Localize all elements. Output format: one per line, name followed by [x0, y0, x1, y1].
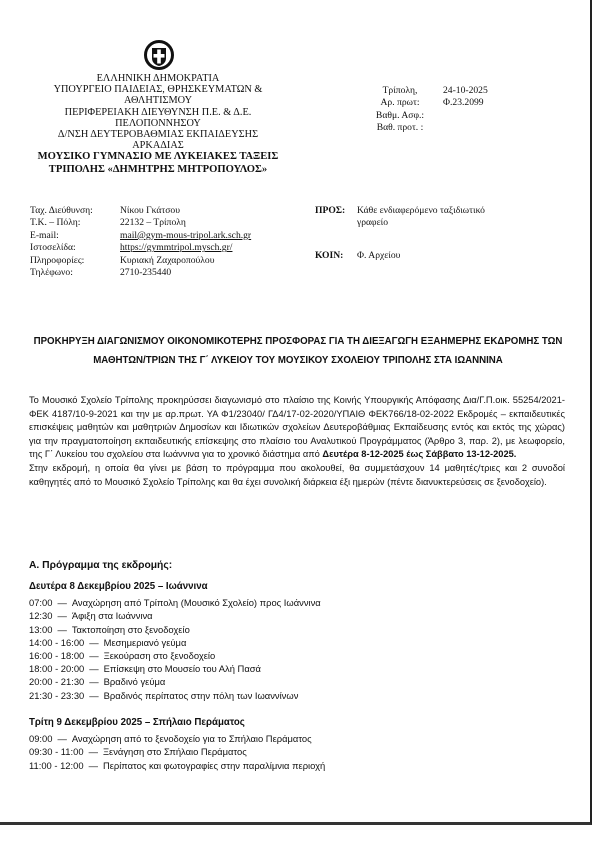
authority-line: ΠΕΛΟΠΟΝΝΗΣΟΥ	[28, 118, 288, 129]
contact-value: Κυριακή Ζαχαροπούλου	[120, 255, 214, 267]
schedule-time: 09:00	[29, 733, 52, 744]
meta-value	[435, 122, 443, 134]
contact-label: Τ.Κ. – Πόλη:	[30, 217, 120, 229]
day-items: 09:00—Αναχώρηση από το ξενοδοχείο για το…	[29, 732, 325, 772]
schedule-item: 12:30—Άφιξη στα Ιωάννινα	[29, 609, 321, 622]
schedule-item: 07:00—Αναχώρηση από Τρίπολη (Μουσικό Σχο…	[29, 596, 321, 609]
meta-value: Φ.23.2099	[435, 97, 484, 109]
schedule-item: 18:00 - 20:00—Επίσκεψη στο Μουσείο του Α…	[29, 662, 321, 675]
schedule-time: 12:30	[29, 610, 52, 621]
meta-row-protocol: Αρ. πρωτ: Φ.23.2099	[365, 97, 488, 109]
schedule-time: 07:00	[29, 597, 52, 608]
contact-row-postcode: Τ.Κ. – Πόλη: 22132 – Τρίπολη	[30, 217, 251, 229]
document-body: Το Μουσικό Σχολείο Τρίπολης προκηρύσσει …	[29, 394, 565, 489]
dash-separator: —	[52, 624, 71, 635]
recipient-to: ΠΡΟΣ: Κάθε ενδιαφερόμενο ταξιδιωτικό γρα…	[315, 205, 497, 230]
intro-paragraph: Το Μουσικό Σχολείο Τρίπολης προκηρύσσει …	[29, 394, 565, 462]
schedule-time: 13:00	[29, 624, 52, 635]
contact-row-phone: Τηλέφωνο: 2710-235440	[30, 267, 251, 279]
dash-separator: —	[84, 676, 103, 687]
document-title: ΠΡΟΚΗΡΥΞΗ ΔΙΑΓΩΝΙΣΜΟΥ ΟΙΚΟΝΟΜΙΚΟΤΕΡΗΣ ΠΡ…	[20, 333, 576, 371]
cc-label: ΚΟΙΝ:	[315, 250, 357, 262]
meta-row-priority: Βαθ. προτ. :	[365, 122, 488, 134]
schedule-time: 18:00 - 20:00	[29, 663, 84, 674]
meta-label: Αρ. πρωτ:	[365, 97, 435, 109]
contact-row-info: Πληροφορίες: Κυριακή Ζαχαροπούλου	[30, 255, 251, 267]
dash-separator: —	[52, 733, 71, 744]
authority-line: ΥΠΟΥΡΓΕΙΟ ΠΑΙΔΕΙΑΣ, ΘΡΗΣΚΕΥΜΑΤΩΝ &	[28, 84, 288, 95]
schedule-time: 21:30 - 23:30	[29, 690, 84, 701]
schedule-description: Άφιξη στα Ιωάννινα	[72, 610, 153, 621]
authority-line: ΑΡΚΑΔΙΑΣ	[28, 140, 288, 151]
schedule-item: 21:30 - 23:30—Βραδινός περίπατος στην πό…	[29, 689, 321, 702]
meta-row-security: Βαθμ. Ασφ.:	[365, 110, 488, 122]
schedule-description: Βραδινός περίπατος στην πόλη των Ιωαννίν…	[104, 690, 299, 701]
schedule-description: Αναχώρηση από το ξενοδοχείο για το Σπήλα…	[72, 733, 312, 744]
dash-separator: —	[84, 760, 103, 771]
participants-paragraph: Στην εκδρομή, η οποία θα γίνει με βάση τ…	[29, 462, 565, 489]
cc-value: Φ. Αρχείου	[357, 250, 497, 262]
to-value: Κάθε ενδιαφερόμενο ταξιδιωτικό γραφείο	[357, 205, 497, 230]
dash-separator: —	[84, 746, 103, 757]
school-name-line: ΜΟΥΣΙΚΟ ΓΥΜΝΑΣΙΟ ΜΕ ΛΥΚΕΙΑΚΕΣ ΤΑΞΕΙΣ	[28, 151, 288, 164]
schedule-time: 14:00 - 16:00	[29, 637, 84, 648]
schedule-description: Τακτοποίηση στο ξενοδοχείο	[72, 624, 190, 635]
schedule-time: 16:00 - 18:00	[29, 650, 84, 661]
contact-details: Ταχ. Διεύθυνση: Νίκου Γκάτσου Τ.Κ. – Πόλ…	[30, 205, 251, 279]
to-label: ΠΡΟΣ:	[315, 205, 357, 230]
day-title: Τρίτη 9 Δεκεμβρίου 2025 – Σπήλαιο Περάμα…	[29, 716, 325, 729]
program-heading: Α. Πρόγραμμα της εκδρομής:	[29, 560, 172, 571]
schedule-time: 09:30 - 11:00	[29, 746, 84, 757]
schedule-item: 09:30 - 11:00—Ξενάγηση στο Σπήλαιο Περάμ…	[29, 745, 325, 758]
email-link[interactable]: mail@gym-mous-tripol.ark.sch.gr	[120, 230, 251, 241]
schedule-description: Περίπατος και φωτογραφίες στην παραλίμνι…	[103, 760, 325, 771]
contact-label: Τηλέφωνο:	[30, 267, 120, 279]
document-page: ΕΛΛΗΝΙΚΗ ΔΗΜΟΚΡΑΤΙΑ ΥΠΟΥΡΓΕΙΟ ΠΑΙΔΕΙΑΣ, …	[0, 0, 592, 825]
dash-separator: —	[84, 690, 103, 701]
schedule-description: Επίσκεψη στο Μουσείο του Αλή Πασά	[104, 663, 261, 674]
meta-value: 24-10-2025	[435, 85, 488, 97]
day-items: 07:00—Αναχώρηση από Τρίπολη (Μουσικό Σχο…	[29, 596, 321, 702]
schedule-item: 16:00 - 18:00—Ξεκούραση στο ξενοδοχείο	[29, 649, 321, 662]
schedule-item: 13:00—Τακτοποίηση στο ξενοδοχείο	[29, 623, 321, 636]
meta-label: Βαθμ. Ασφ.:	[365, 110, 435, 122]
authority-line: ΠΕΡΙΦΕΡΕΙΑΚΗ ΔΙΕΥΘΥΝΣΗ Π.Ε. & Δ.Ε.	[28, 107, 288, 118]
trip-dates: Δευτέρα 8-12-2025 έως Σάββατο 13-12-2025…	[322, 449, 516, 459]
school-name-line: ΤΡΙΠΟΛΗΣ «ΔΗΜΗΤΡΗΣ ΜΗΤΡΟΠΟΥΛΟΣ»	[28, 164, 288, 177]
dash-separator: —	[84, 650, 103, 661]
meta-value	[435, 110, 443, 122]
recipients: ΠΡΟΣ: Κάθε ενδιαφερόμενο ταξιδιωτικό γρα…	[315, 205, 497, 262]
meta-label: Τρίπολη,	[365, 85, 435, 97]
contact-value: 2710-235440	[120, 267, 171, 279]
meta-row-date: Τρίπολη, 24-10-2025	[365, 85, 488, 97]
schedule-item: 20:00 - 21:30—Βραδινό γεύμα	[29, 675, 321, 688]
contact-value: 22132 – Τρίπολη	[120, 217, 186, 229]
contact-row-website: Ιστοσελίδα: https://gymmtripol.mysch.gr/	[30, 242, 251, 254]
schedule-description: Μεσημεριανό γεύμα	[104, 637, 187, 648]
schedule-description: Αναχώρηση από Τρίπολη (Μουσικό Σχολείο) …	[72, 597, 321, 608]
document-meta: Τρίπολη, 24-10-2025 Αρ. πρωτ: Φ.23.2099 …	[365, 85, 488, 134]
schedule-description: Ξεκούραση στο ξενοδοχείο	[104, 650, 216, 661]
dash-separator: —	[84, 663, 103, 674]
recipient-cc: ΚΟΙΝ: Φ. Αρχείου	[315, 250, 497, 262]
schedule-item: 14:00 - 16:00—Μεσημεριανό γεύμα	[29, 636, 321, 649]
contact-row-email: E-mail: mail@gym-mous-tripol.ark.sch.gr	[30, 230, 251, 242]
dash-separator: —	[52, 597, 71, 608]
dash-separator: —	[52, 610, 71, 621]
program-day: Δευτέρα 8 Δεκεμβρίου 2025 – Ιωάννινα 07:…	[29, 580, 321, 702]
contact-label: E-mail:	[30, 230, 120, 242]
schedule-time: 11:00 - 12:00	[29, 760, 84, 771]
authority-line: ΕΛΛΗΝΙΚΗ ΔΗΜΟΚΡΑΤΙΑ	[28, 73, 288, 84]
meta-label: Βαθ. προτ. :	[365, 122, 435, 134]
greek-coat-of-arms-icon	[144, 40, 174, 70]
contact-label: Πληροφορίες:	[30, 255, 120, 267]
contact-row-address: Ταχ. Διεύθυνση: Νίκου Γκάτσου	[30, 205, 251, 217]
contact-label: Ταχ. Διεύθυνση:	[30, 205, 120, 217]
day-title: Δευτέρα 8 Δεκεμβρίου 2025 – Ιωάννινα	[29, 580, 321, 593]
contact-value: Νίκου Γκάτσου	[120, 205, 180, 217]
program-day: Τρίτη 9 Δεκεμβρίου 2025 – Σπήλαιο Περάμα…	[29, 716, 325, 772]
authority-line: ΑΘΛΗΤΙΣΜΟΥ	[28, 95, 288, 106]
contact-label: Ιστοσελίδα:	[30, 242, 120, 254]
issuing-authority: ΕΛΛΗΝΙΚΗ ΔΗΜΟΚΡΑΤΙΑ ΥΠΟΥΡΓΕΙΟ ΠΑΙΔΕΙΑΣ, …	[28, 73, 288, 176]
schedule-time: 20:00 - 21:30	[29, 676, 84, 687]
dash-separator: —	[84, 637, 103, 648]
schedule-description: Βραδινό γεύμα	[104, 676, 166, 687]
authority-line: Δ/ΝΣΗ ΔΕΥΤΕΡΟΒΑΘΜΙΑΣ ΕΚΠΑΙΔΕΥΣΗΣ	[28, 129, 288, 140]
schedule-item: 11:00 - 12:00—Περίπατος και φωτογραφίες …	[29, 759, 325, 772]
schedule-description: Ξενάγηση στο Σπήλαιο Περάματος	[103, 746, 247, 757]
website-link[interactable]: https://gymmtripol.mysch.gr/	[120, 242, 232, 253]
schedule-item: 09:00—Αναχώρηση από το ξενοδοχείο για το…	[29, 732, 325, 745]
